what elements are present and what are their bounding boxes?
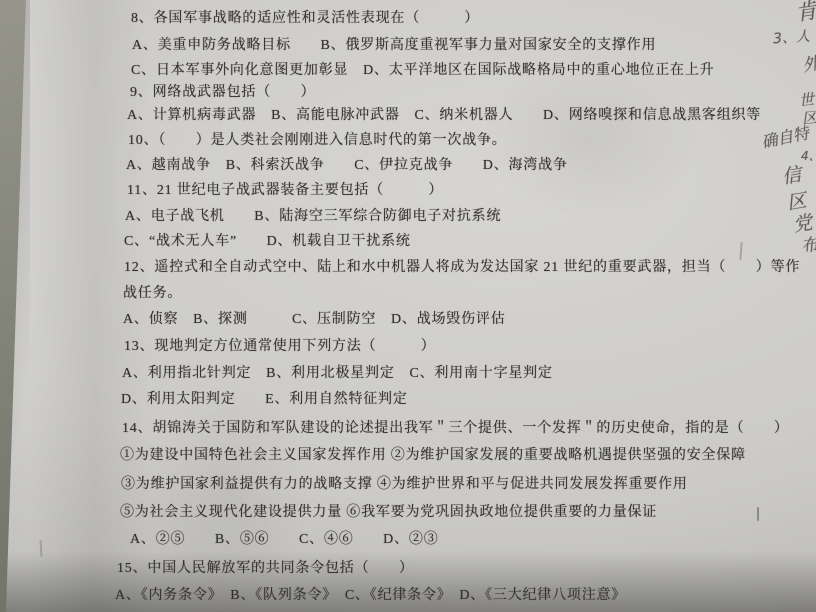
q14-stem: 14、胡锦涛关于国防和军队建设的论述提出我军＂三个提供、一个发挥＂的历史使命，指… — [122, 417, 789, 437]
handwritten-note: 3、人 — [772, 26, 810, 49]
q14-options: A、②⑤ B、⑤⑥ C、④⑥ D、②③ — [130, 528, 439, 548]
q11-stem: 11、21 世纪电子战武器装备主要包括（ ） — [127, 179, 443, 199]
q14-items-5-6: ⑤为社会主义现代化建设提供力量 ⑥我军要为党巩固执政地位提供重要的力量保证 — [120, 501, 657, 521]
q12-stem-continued: 战任务。 — [123, 282, 182, 302]
q10-options: A、越南战争 B、科索沃战争 C、伊拉克战争 D、海湾战争 — [126, 154, 568, 174]
q11-options-cd: C、“战术无人车” D、机载自卫干扰系统 — [124, 230, 411, 250]
photo-of-exam-paper: 8、各国军事战略的适应性和灵活性表现在（ ） A、美重申防务战略目标 B、俄罗斯… — [0, 0, 816, 612]
q13-options-de: D、利用太阳判定 E、利用自然特征判定 — [121, 388, 408, 408]
handwritten-note: 肯 — [793, 0, 816, 27]
q9-stem: 9、网络战武器包括（ ） — [130, 81, 315, 101]
handwritten-note: 4、 — [801, 147, 816, 164]
q14-items-3-4: ③为维护国家利益提供有力的战略支撑 ④为维护世界和平与促进共同发展发挥重要作用 — [121, 473, 688, 493]
q10-stem: 10、（ ）是人类社会刚刚进入信息时代的第一次战争。 — [128, 129, 507, 149]
q8-options-cd: C、日本军事外向化意图更加彰显 D、太平洋地区在国际战略格局中的重心地位正在上升 — [131, 59, 714, 79]
q12-stem: 12、遥控式和全自动式空中、陆上和水中机器人将成为发达国家 21 世纪的重要武器… — [124, 256, 800, 276]
q8-stem: 8、各国军事战略的适应性和灵活性表现在（ ） — [131, 7, 479, 27]
handwritten-note: 布 — [799, 230, 816, 257]
printed-text-layer: 8、各国军事战略的适应性和灵活性表现在（ ） A、美重申防务战略目标 B、俄罗斯… — [0, 0, 816, 612]
q9-options: A、计算机病毒武器 B、高能电脉冲武器 C、纳米机器人 D、网络嗅探和信息战黑客… — [127, 104, 761, 124]
q8-options-ab: A、美重申防务战略目标 B、俄罗斯高度重视军事力量对国家安全的支撑作用 — [132, 34, 656, 54]
q13-options-abc: A、利用指北针判定 B、利用北极星判定 C、利用南十字星判定 — [122, 362, 553, 382]
q15-stem: 15、中国人民解放军的共同条令包括（ ） — [117, 557, 414, 577]
stray-pen-mark — [757, 507, 759, 521]
handwritten-note: 信 — [780, 160, 803, 190]
q13-stem: 13、现地判定方位通常使用下列方法（ ） — [124, 335, 436, 355]
q12-options: A、侦察 B、探测 C、压制防空 D、战场毁伤评估 — [123, 308, 506, 328]
q11-options-ab: A、电子战飞机 B、陆海空三军综合防御电子对抗系统 — [125, 205, 501, 225]
q14-items-1-2: ①为建设中国特色社会主义国家发挥作用 ②为维护国家发展的重要战略机遇提供坚强的安… — [120, 444, 746, 464]
q15-options: A、《内务条令》 B、《队列条令》 C、《纪律条令》 D、《三大纪律八项注意》 — [115, 584, 626, 604]
